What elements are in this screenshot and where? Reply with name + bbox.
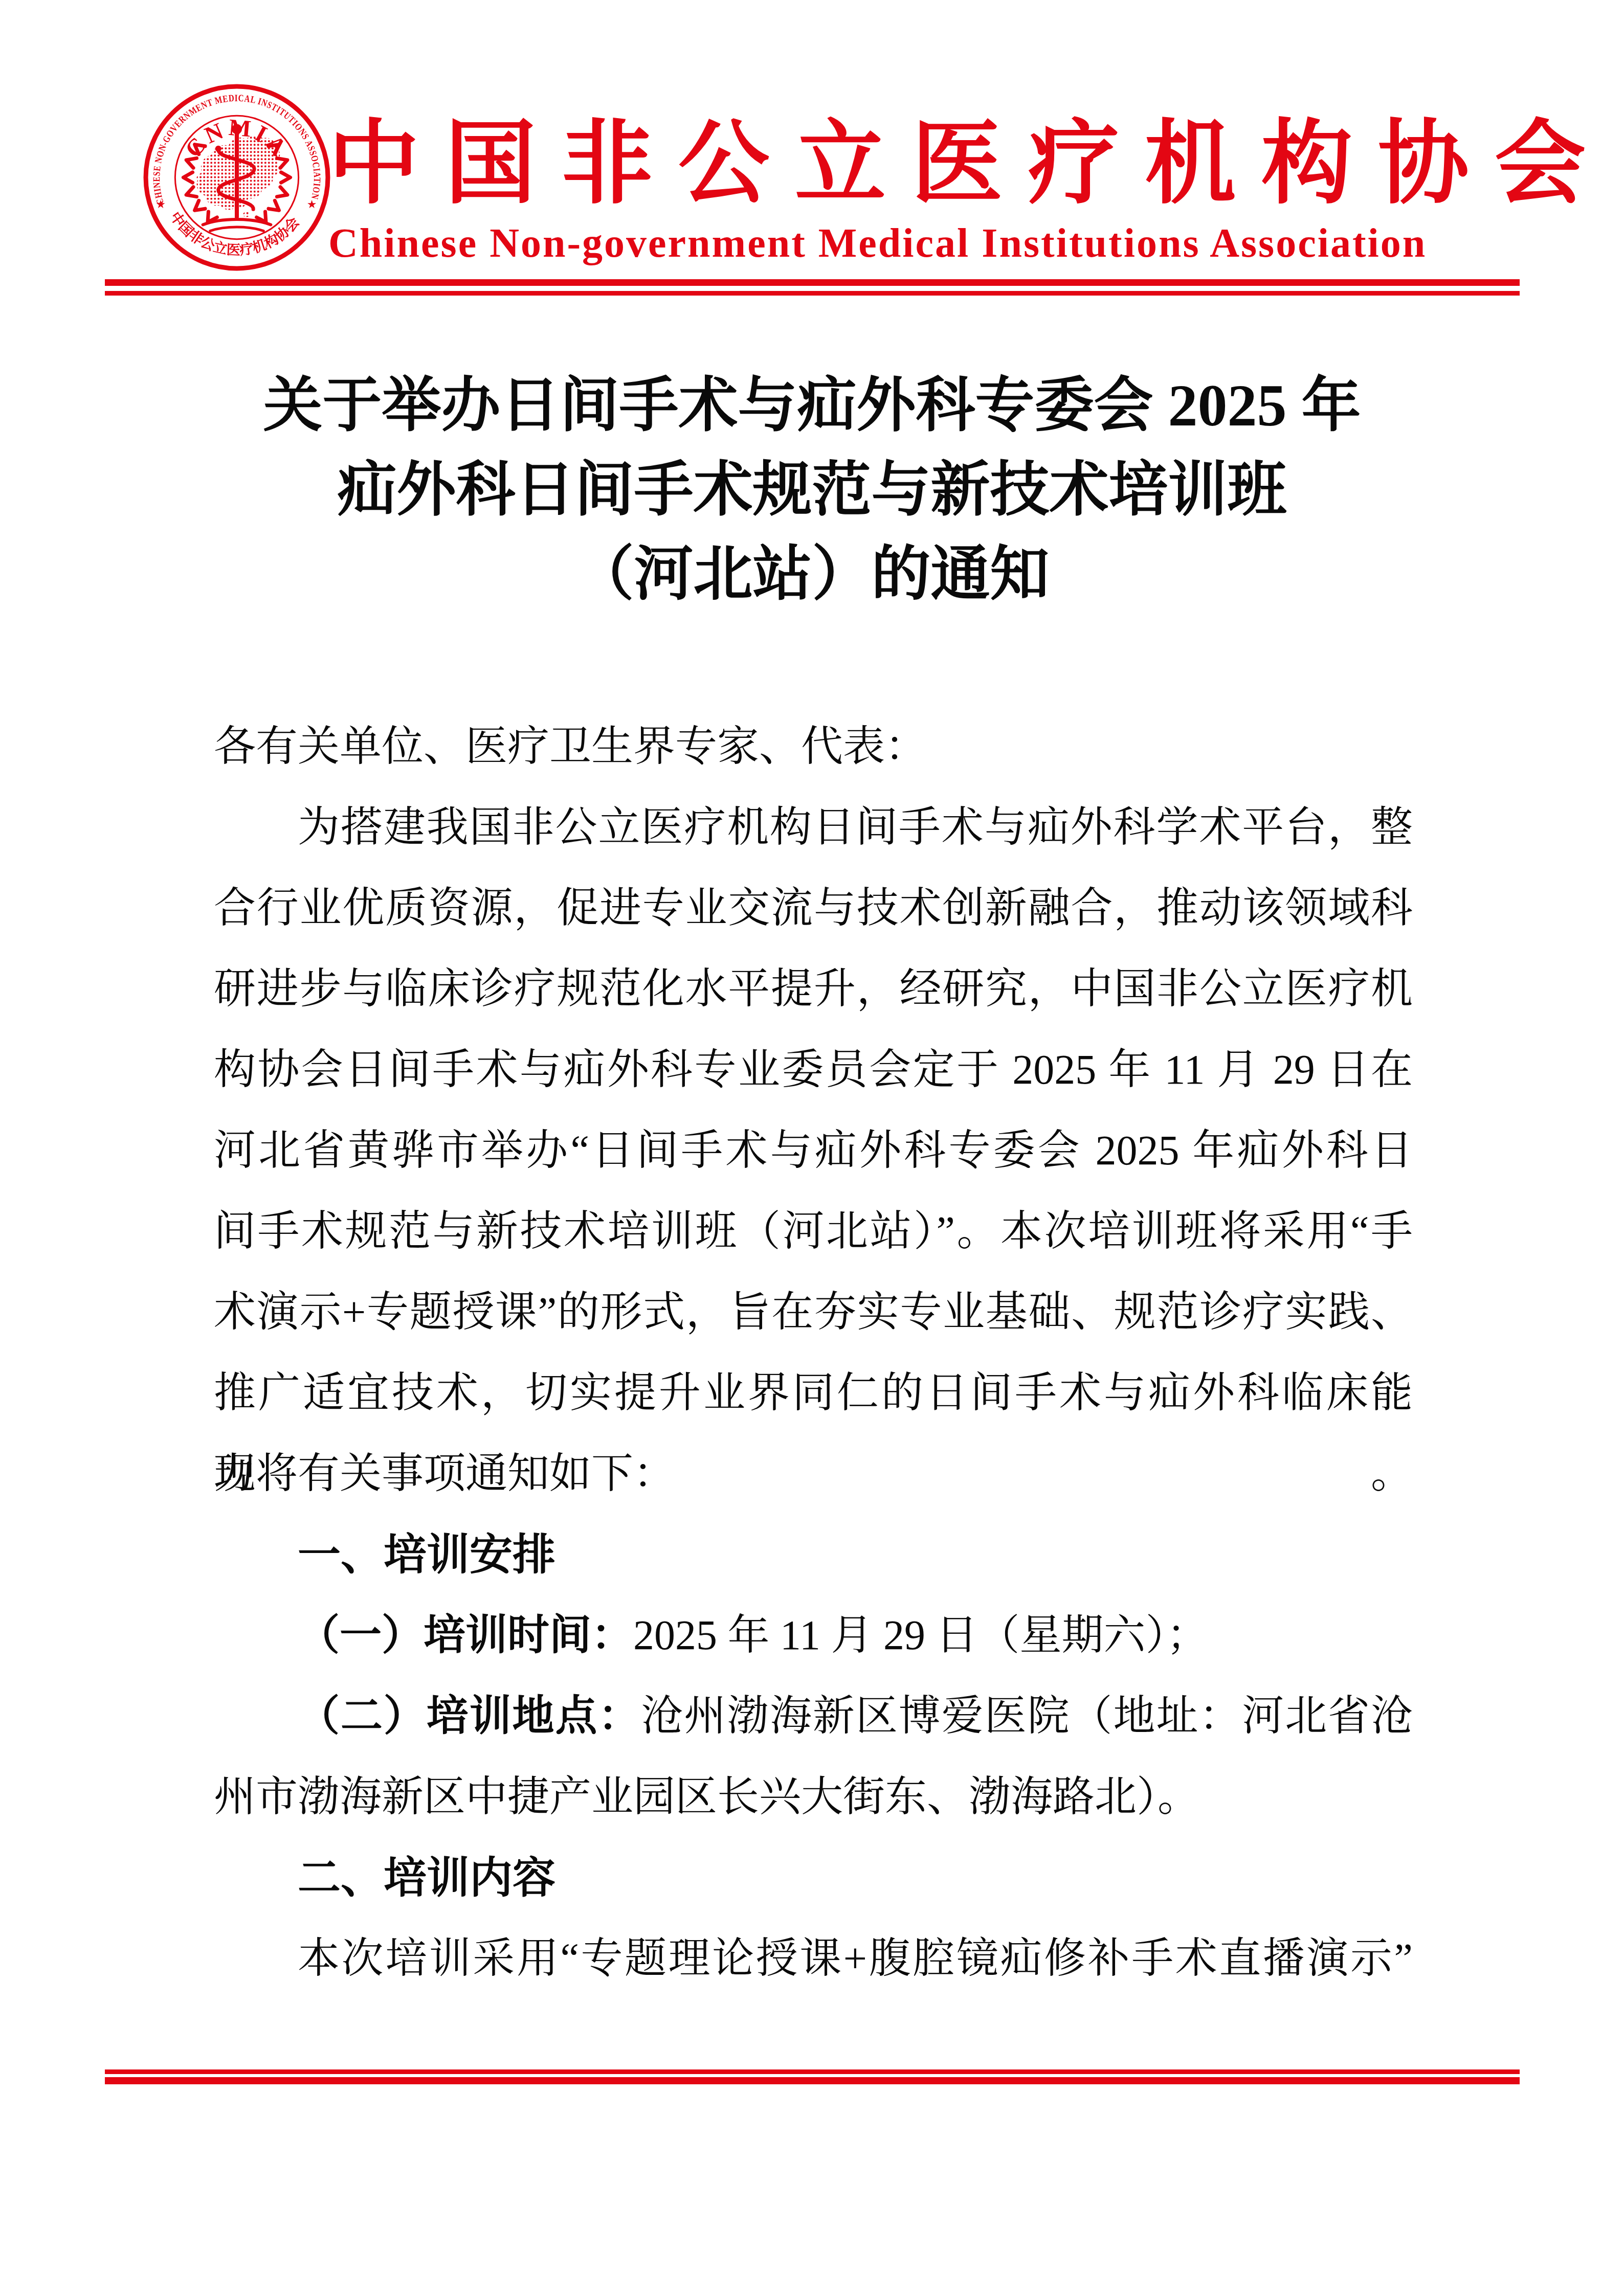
training-venue-label: （二）培训地点： (298, 1693, 641, 1739)
body-line: 构协会日间手术与疝外科专业委员会定于 2025 年 11 月 29 日在 (214, 1029, 1413, 1110)
header-rule-thin (105, 291, 1520, 296)
document-page: CHINESE NON-GOVERNMENT MEDICAL INSTITUTI… (0, 0, 1624, 2296)
training-venue-line: （二）培训地点：沧州渤海新区博爱医院（地址：河北省沧 (214, 1676, 1413, 1757)
salutation-line: 各有关单位、医疗卫生界专家、代表： (214, 706, 1413, 787)
title-line-2: 疝外科日间手术规范与新技术培训班 (0, 448, 1624, 533)
body-line: 州市渤海新区中捷产业园区长兴大街东、渤海路北）。 (214, 1757, 1413, 1837)
association-seal-logo: CHINESE NON-GOVERNMENT MEDICAL INSTITUTI… (141, 82, 332, 273)
title-line-3: （河北站）的通知 (0, 533, 1624, 617)
training-time-label: （一）培训时间： (298, 1612, 633, 1658)
training-venue-value: 沧州渤海新区博爱医院（地址：河北省沧 (641, 1693, 1413, 1739)
seal-star-right-icon: ★ (307, 198, 317, 211)
body-line: 推广适宜技术，切实提升业界同仁的日间手术与疝外科临床能力。 (214, 1353, 1413, 1433)
body-line: 间手术规范与新技术培训班（河北站）”。本次培训班将采用“手 (214, 1191, 1413, 1272)
org-name-english: Chinese Non-government Medical Instituti… (328, 223, 1505, 264)
org-name-chinese: 中国非公立医疗机构协会 (328, 115, 1505, 215)
seal-star-left-icon: ★ (155, 198, 166, 211)
section-heading-1: 一、培训安排 (214, 1514, 1413, 1595)
hainan-island-shape (243, 212, 250, 217)
document-body: 各有关单位、医疗卫生界专家、代表： 为搭建我国非公立医疗机构日间手术与疝外科学术… (214, 706, 1413, 1999)
document-title: 关于举办日间手术与疝外科专委会 2025 年 疝外科日间手术规范与新技术培训班 … (0, 364, 1624, 617)
section-heading-2: 二、培训内容 (214, 1837, 1413, 1918)
training-time-value: 2025 年 11 月 29 日（星期六）； (633, 1612, 1208, 1658)
footer-rule-thin (105, 2069, 1520, 2074)
body-line: 为搭建我国非公立医疗机构日间手术与疝外科学术平台，整 (214, 787, 1413, 868)
footer-rule-thick (105, 2077, 1520, 2084)
training-time-line: （一）培训时间：2025 年 11 月 29 日（星期六）； (214, 1595, 1413, 1676)
body-line: 研进步与临床诊疗规范化水平提升，经研究，中国非公立医疗机 (214, 949, 1413, 1029)
title-line-1: 关于举办日间手术与疝外科专委会 2025 年 (0, 364, 1624, 448)
header-rule-thick (105, 279, 1520, 286)
body-line: 河北省黄骅市举办“日间手术与疝外科专委会 2025 年疝外科日 (214, 1110, 1413, 1191)
body-line: 本次培训采用“专题理论授课+腹腔镜疝修补手术直播演示” (214, 1918, 1413, 1999)
body-line: 合行业优质资源，促进专业交流与技术创新融合，推动该领域科 (214, 868, 1413, 949)
body-line: 术演示+专题授课”的形式，旨在夯实专业基础、规范诊疗实践、 (214, 1272, 1413, 1353)
